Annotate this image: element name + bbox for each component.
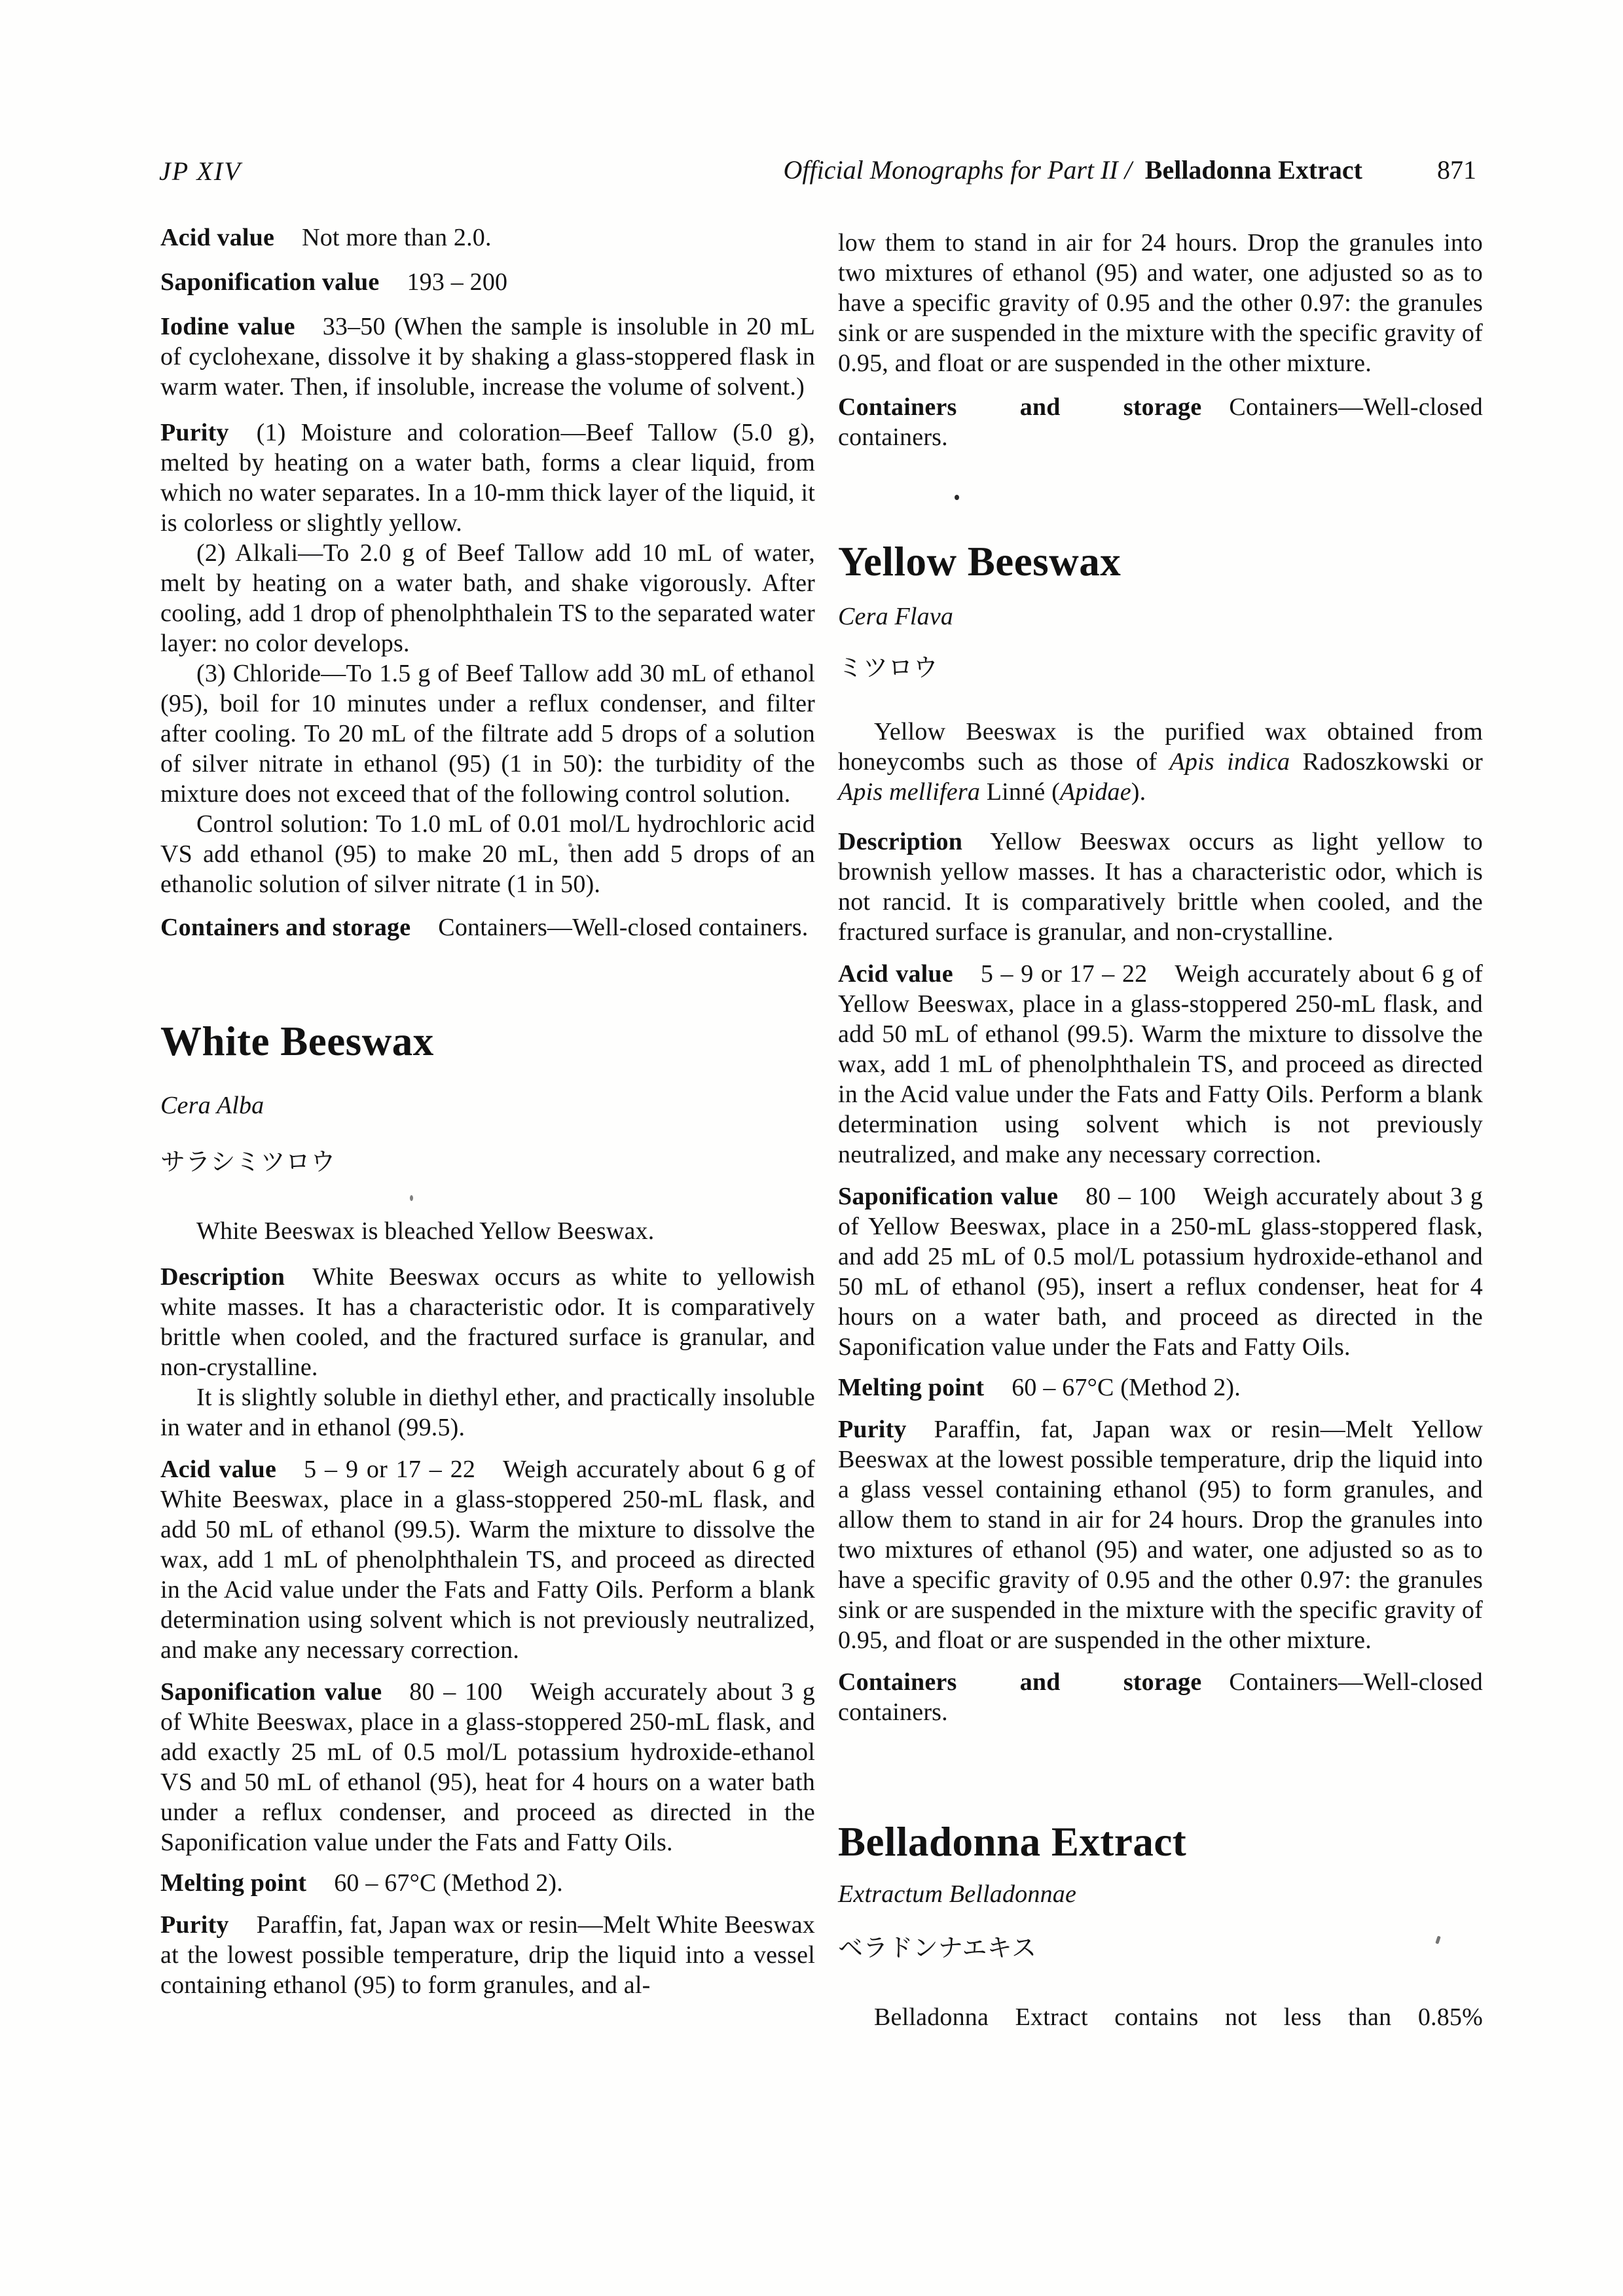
entry-label: Acid value bbox=[160, 224, 274, 251]
entry-label: Description bbox=[160, 1263, 285, 1291]
page-number: 871 bbox=[1437, 155, 1476, 185]
entry-label: Saponification value bbox=[838, 1183, 1058, 1210]
intro-text: ). bbox=[1131, 778, 1146, 806]
entry-text: Weigh accurately about 6 g of White Bees… bbox=[160, 1456, 815, 1664]
running-header-section: Official Monographs for Part II / bbox=[784, 155, 1132, 185]
scanned-page: JP XIV Official Monographs for Part II /… bbox=[0, 0, 1623, 2296]
entry-containers-storage: Containers and storageContainers—Well-cl… bbox=[838, 1667, 1483, 1727]
intro-text: Radoszkowski or bbox=[1290, 748, 1483, 776]
entry-melting-point: Melting point60 – 67°C (Method 2). bbox=[160, 1868, 815, 1898]
entry-label: Saponification value bbox=[160, 1678, 382, 1706]
entry-value: 5 – 9 or 17 – 22 bbox=[304, 1456, 475, 1483]
entry-label: Saponification value bbox=[160, 268, 379, 296]
entry-label: Acid value bbox=[838, 960, 953, 988]
entry-text: Paraffin, fat, Japan wax or resin—Melt W… bbox=[160, 1911, 815, 1999]
entry-saponification-value: Saponification value80 – 100Weigh accura… bbox=[160, 1677, 815, 1857]
scan-artifact bbox=[955, 495, 959, 500]
entry-value: 5 – 9 or 17 – 22 bbox=[981, 960, 1148, 988]
entry-description: DescriptionWhite Beeswax occurs as white… bbox=[160, 1262, 815, 1382]
entry-text: 193 – 200 bbox=[407, 268, 507, 296]
japanese-name: ベラドンナエキス bbox=[838, 1933, 1483, 1963]
entry-label: Iodine value bbox=[160, 313, 295, 340]
monograph-intro: Belladonna Extract contains not less tha… bbox=[838, 2002, 1483, 2032]
entry-label: Containers and storage bbox=[160, 914, 410, 941]
japanese-name: サラシミツロウ bbox=[160, 1147, 815, 1177]
entry-label: Acid value bbox=[160, 1456, 276, 1483]
species-name: Apis mellifera bbox=[838, 778, 980, 806]
scan-artifact bbox=[410, 1195, 413, 1201]
monograph-intro: Yellow Beeswax is the purified wax obtai… bbox=[838, 717, 1483, 807]
entry-label: Description bbox=[838, 828, 962, 855]
entry-purity: Purity(1) Moisture and coloration—Beef T… bbox=[160, 418, 815, 538]
entry-label: Purity bbox=[160, 1911, 229, 1939]
latin-name: Extractum Belladonnae bbox=[838, 1879, 1483, 1909]
entry-purity: PurityParaffin, fat, Japan wax or resin—… bbox=[838, 1414, 1483, 1655]
species-name: Apis indica bbox=[1169, 748, 1290, 776]
entry-label: Containers and storage bbox=[838, 393, 1201, 421]
entry-text: 60 – 67°C (Method 2). bbox=[1012, 1374, 1241, 1401]
entry-label: Melting point bbox=[160, 1869, 306, 1897]
family-name: Apidae bbox=[1060, 778, 1131, 806]
paragraph: (3) Chloride—To 1.5 g of Beef Tallow add… bbox=[160, 658, 815, 809]
paragraph: (2) Alkali—To 2.0 g of Beef Tallow add 1… bbox=[160, 538, 815, 658]
scan-artifact bbox=[568, 843, 572, 847]
intro-text: Linné ( bbox=[980, 778, 1060, 806]
monograph-title: White Beeswax bbox=[160, 1018, 815, 1064]
entry-text: Not more than 2.0. bbox=[302, 224, 492, 251]
entry-label: Containers and storage bbox=[838, 1668, 1201, 1696]
japanese-name: ミツロウ bbox=[838, 653, 1483, 683]
latin-name: Cera Flava bbox=[838, 601, 1483, 632]
entry-saponification-value: Saponification value80 – 100Weigh accura… bbox=[838, 1181, 1483, 1362]
entry-text: Containers—Well-closed containers. bbox=[438, 914, 808, 941]
entry-melting-point: Melting point60 – 67°C (Method 2). bbox=[838, 1372, 1483, 1403]
entry-label: Purity bbox=[160, 419, 229, 446]
entry-saponification-value: Saponification value193 – 200 bbox=[160, 267, 815, 297]
entry-description: DescriptionYellow Beeswax occurs as ligh… bbox=[838, 827, 1483, 947]
left-column: Acid valueNot more than 2.0. Saponificat… bbox=[160, 223, 815, 2000]
entry-text: Paraffin, fat, Japan wax or resin—Melt Y… bbox=[838, 1416, 1483, 1654]
entry-text: 60 – 67°C (Method 2). bbox=[334, 1869, 563, 1897]
entry-purity: PurityParaffin, fat, Japan wax or resin—… bbox=[160, 1910, 815, 2000]
monograph-title: Belladonna Extract bbox=[838, 1819, 1483, 1865]
entry-acid-value: Acid value5 – 9 or 17 – 22Weigh accurate… bbox=[160, 1454, 815, 1665]
running-header: Official Monographs for Part II / Bellad… bbox=[784, 154, 1476, 185]
entry-label: Melting point bbox=[838, 1374, 984, 1401]
paragraph: Control solution: To 1.0 mL of 0.01 mol/… bbox=[160, 809, 815, 899]
entry-text: Weigh accurately about 6 g of Yellow Bee… bbox=[838, 960, 1483, 1168]
journal-edition: JP XIV bbox=[159, 156, 242, 187]
latin-name: Cera Alba bbox=[160, 1090, 815, 1121]
entry-containers-storage: Containers and storageContainers—Well-cl… bbox=[838, 392, 1483, 452]
paragraph-purity-continuation: low them to stand in air for 24 hours. D… bbox=[838, 228, 1483, 378]
entry-label: Purity bbox=[838, 1416, 907, 1443]
entry-value: 80 – 100 bbox=[409, 1678, 502, 1706]
entry-acid-value: Acid value5 – 9 or 17 – 22Weigh accurate… bbox=[838, 959, 1483, 1170]
monograph-intro: White Beeswax is bleached Yellow Beeswax… bbox=[160, 1216, 815, 1246]
entry-acid-value: Acid valueNot more than 2.0. bbox=[160, 223, 815, 253]
entry-text: (1) Moisture and coloration—Beef Tallow … bbox=[160, 419, 815, 537]
monograph-title: Yellow Beeswax bbox=[838, 539, 1483, 584]
running-header-monograph: Belladonna Extract bbox=[1145, 155, 1362, 185]
right-column: low them to stand in air for 24 hours. D… bbox=[838, 228, 1483, 2032]
paragraph: It is slightly soluble in diethyl ether,… bbox=[160, 1382, 815, 1443]
entry-value: 80 – 100 bbox=[1085, 1183, 1176, 1210]
entry-iodine-value: Iodine value33–50 (When the sample is in… bbox=[160, 312, 815, 402]
entry-containers-storage: Containers and storageContainers—Well-cl… bbox=[160, 912, 815, 942]
